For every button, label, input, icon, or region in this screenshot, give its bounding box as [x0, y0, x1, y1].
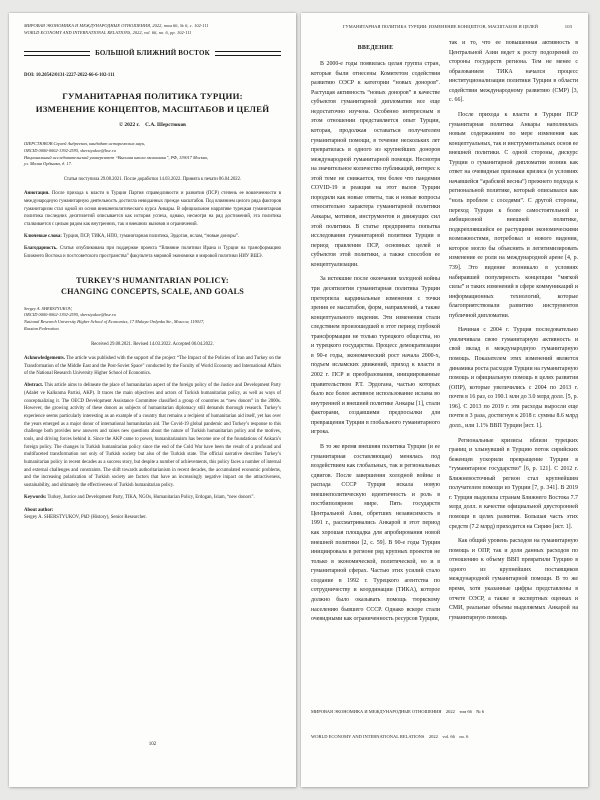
- page-number-right: 103: [565, 24, 572, 29]
- about-author-label: About author:: [24, 508, 53, 513]
- section-banner-label: БОЛЬШОЙ БЛИЖНИЙ ВОСТОК: [95, 49, 210, 57]
- acknowledgment-ru-text: Статья опубликована при поддержке проект…: [24, 246, 281, 259]
- annotation-text: После прихода к власти в Турции Партия с…: [24, 191, 281, 227]
- abstract-label: Abstract.: [24, 383, 43, 388]
- author-info-ru-line: ORCID 0000-0002-1392-2595, sherstyukov@h…: [24, 148, 281, 155]
- author-info-ru-line: ШЕРСТЮКОВ Сергей Андреевич, кандидат ист…: [24, 141, 281, 148]
- page-footer: МИРОВАЯ ЭКОНОМИКА И МЕЖДУНАРОДНЫЕ ОТНОШЕ…: [311, 691, 578, 759]
- acknowledgements-en-label: Acknowledgements.: [24, 356, 65, 361]
- column-right: так и то, что ее повышенная активность в…: [449, 39, 578, 630]
- author-info-ru: ШЕРСТЮКОВ Сергей Андреевич, кандидат ист…: [24, 141, 281, 168]
- banner-rule-left: [24, 51, 90, 56]
- acknowledgements-en: Acknowledgements. The article was publis…: [24, 355, 281, 378]
- about-author-text: Sergey A. SHERSTYUKOV, PhD (History), Se…: [24, 515, 147, 520]
- keywords-en: Keywords: Turkey, Justice and Developmen…: [24, 494, 281, 502]
- acknowledgment-ru: Благодарность. Статья опубликована при п…: [24, 245, 281, 260]
- banner-rule-right: [215, 51, 281, 56]
- about-author: About author: Sergey A. SHERSTYUKOV, PhD…: [24, 507, 281, 522]
- page-number-left: 102: [9, 742, 296, 747]
- footer-journal-en: WORLD ECONOMY AND INTERNATIONAL RELATION…: [311, 733, 578, 742]
- article-title-ru: ГУМАНИТАРНАЯ ПОЛИТИКА ТУРЦИИ: ИЗМЕНЕНИЕ …: [24, 90, 281, 115]
- submission-dates-ru: Статья поступила 29.08.2021. После дораб…: [24, 177, 281, 182]
- abstract-text: This article aims to delineate the place…: [24, 383, 281, 488]
- paragraph: После прихода к власти в Турции ПСР гума…: [449, 111, 578, 321]
- paragraph: Как общий уровень расходов на гуманитарн…: [449, 537, 578, 623]
- annotation: Аннотация. После прихода к власти в Турц…: [24, 190, 281, 228]
- author-info-en-line: Russian Federation.: [24, 326, 281, 333]
- keywords-ru: Ключевые слова: Турция, ПСР, ТИКА, НПО, …: [24, 233, 281, 241]
- author-info-en-line: National Research University Higher Scho…: [24, 319, 281, 326]
- page-left: МИРОВАЯ ЭКОНОМИКА И МЕЖДУНАРОДНЫЕ ОТНОШЕ…: [9, 13, 296, 787]
- running-header: ГУМАНИТАРНАЯ ПОЛИТИКА ТУРЦИИ: ИЗМЕНЕНИЕ …: [317, 24, 564, 29]
- paragraph: Начиная с 2004 г. Турция последовательно…: [449, 326, 578, 431]
- journal-spread: МИРОВАЯ ЭКОНОМИКА И МЕЖДУНАРОДНЫЕ ОТНОШЕ…: [0, 0, 600, 800]
- paragraph: так и то, что ее повышенная активность в…: [449, 39, 578, 106]
- abstract: Abstract. This article aims to delineate…: [24, 382, 281, 489]
- author-info-ru-line: Национальный исследовательский университ…: [24, 155, 281, 162]
- article-title-en: TURKEY’S HUMANITARIAN POLICY: CHANGING C…: [24, 275, 281, 298]
- author-info-ru-line: ул. Малая Ордынка, д. 17.: [24, 161, 281, 168]
- column-left: ВВЕДЕНИЕ В 2000-е годы появилась целая г…: [311, 39, 440, 630]
- intro-heading: ВВЕДЕНИЕ: [311, 45, 440, 51]
- paragraph: В то же время внешняя политика Турции (и…: [311, 443, 440, 625]
- doi: DOI: 10.20542/0131-2227-2022-66-6-102-11…: [24, 73, 281, 78]
- author-info-en: Sergey A. SHERSTYUKOV, ORCID 0000-0002-1…: [24, 306, 281, 333]
- keywords-en-text: Turkey, Justice and Development Party, T…: [48, 495, 255, 500]
- journal-line-en: WORLD ECONOMY AND INTERNATIONAL RELATION…: [24, 30, 281, 37]
- copyright-line: © 2022 г. С.А. Шерстюков: [24, 122, 281, 128]
- running-header-title: ГУМАНИТАРНАЯ ПОЛИТИКА ТУРЦИИ: ИЗМЕНЕНИЕ …: [343, 24, 538, 29]
- keywords-ru-text: Турция, ПСР, ТИКА, НПО, гуманитарная пол…: [63, 234, 239, 239]
- footer-journal-ru: МИРОВАЯ ЭКОНОМИКА И МЕЖДУНАРОДНЫЕ ОТНОШЕ…: [311, 708, 578, 717]
- paragraph: В 2000-е годы появилась целая группа стр…: [311, 60, 440, 270]
- page-right: ГУМАНИТАРНАЯ ПОЛИТИКА ТУРЦИИ: ИЗМЕНЕНИЕ …: [301, 13, 588, 787]
- annotation-label: Аннотация.: [24, 191, 49, 196]
- journal-line-ru: МИРОВАЯ ЭКОНОМИКА И МЕЖДУНАРОДНЫЕ ОТНОШЕ…: [24, 23, 281, 30]
- author-info-en-line: Sergey A. SHERSTYUKOV,: [24, 306, 281, 313]
- section-banner: БОЛЬШОЙ БЛИЖНИЙ ВОСТОК: [24, 49, 281, 57]
- author-info-en-line: ORCID 0000-0002-1392-2595, sherstyukov@h…: [24, 312, 281, 319]
- keywords-en-label: Keywords:: [24, 495, 46, 500]
- paragraph: За истекшие после окончания холодной вой…: [311, 275, 440, 438]
- text-columns: ВВЕДЕНИЕ В 2000-е годы появилась целая г…: [311, 39, 578, 630]
- acknowledgment-ru-label: Благодарность.: [24, 246, 57, 251]
- paragraph: Региональные кризисы вблизи турецких гра…: [449, 437, 578, 533]
- submission-dates-en: Received 29.08.2021. Revised 14.03.2022.…: [24, 342, 281, 347]
- keywords-ru-label: Ключевые слова:: [24, 234, 62, 239]
